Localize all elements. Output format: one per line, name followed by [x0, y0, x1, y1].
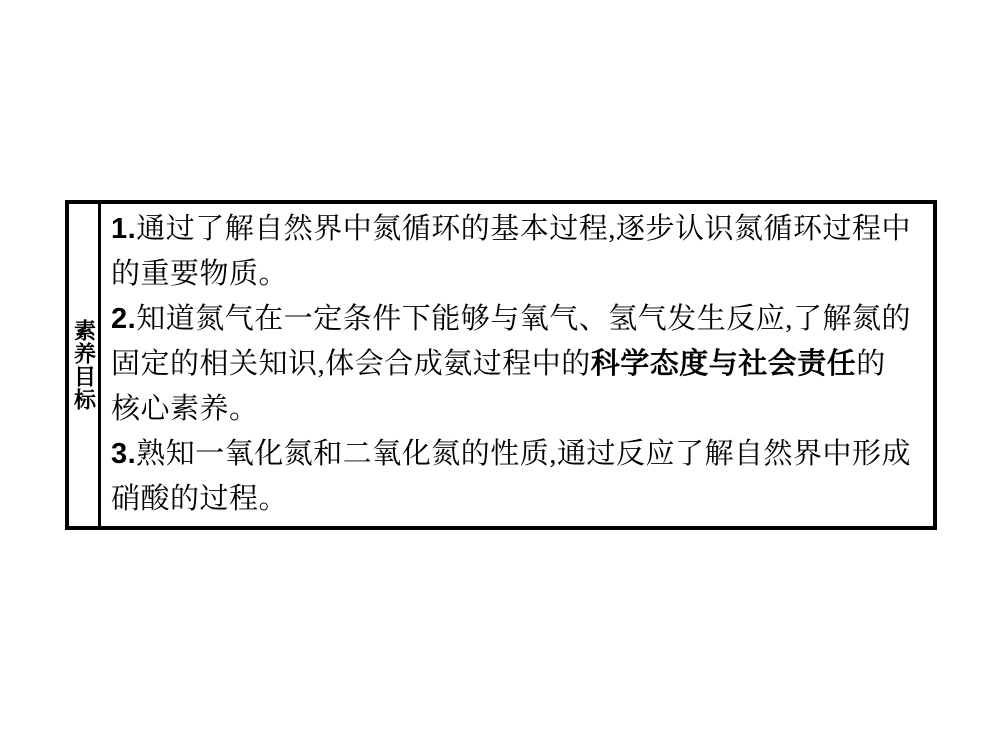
objective-line-2: 的重要物质。 [111, 252, 933, 297]
objective-text: 知道氮气在一定条件下能够与氧气、氢气发生反应,了解氮的 [136, 303, 911, 335]
objectives-content-cell: 1.通过了解自然界中氮循环的基本过程,逐步认识氮循环过程中 的重要物质。 2.知… [101, 204, 933, 526]
objective-line-4: 固定的相关知识,体会合成氨过程中的科学态度与社会责任的 [111, 342, 933, 387]
slide-canvas: 素养目标 1.通过了解自然界中氮循环的基本过程,逐步认识氮循环过程中 的重要物质… [0, 0, 1000, 750]
objective-line-1: 1.通过了解自然界中氮循环的基本过程,逐步认识氮循环过程中 [111, 207, 933, 252]
objective-number: 2. [111, 303, 136, 335]
objective-line-7: 硝酸的过程。 [111, 477, 933, 522]
objective-text: 的 [856, 348, 886, 380]
objective-text: 的重要物质。 [111, 258, 288, 290]
objectives-table: 素养目标 1.通过了解自然界中氮循环的基本过程,逐步认识氮循环过程中 的重要物质… [65, 200, 937, 530]
objective-line-6: 3.熟知一氧化氮和二氧化氮的性质,通过反应了解自然界中形成 [111, 432, 933, 477]
objective-text: 通过了解自然界中氮循环的基本过程,逐步认识氮循环过程中 [136, 213, 911, 245]
objective-text: 熟知一氧化氮和二氧化氮的性质,通过反应了解自然界中形成 [136, 438, 911, 470]
row-header-cell: 素养目标 [69, 204, 101, 526]
row-header-label: 素养目标 [73, 319, 95, 411]
objective-text: 硝酸的过程。 [111, 483, 288, 515]
objective-line-3: 2.知道氮气在一定条件下能够与氧气、氢气发生反应,了解氮的 [111, 297, 933, 342]
objective-line-5: 核心素养。 [111, 387, 933, 432]
objective-text: 固定的相关知识,体会合成氨过程中的 [111, 348, 591, 380]
key-phrase-bold: 科学态度与社会责任 [591, 348, 857, 380]
objective-text: 核心素养。 [111, 393, 259, 425]
objective-number: 1. [111, 213, 136, 245]
objective-number: 3. [111, 438, 136, 470]
